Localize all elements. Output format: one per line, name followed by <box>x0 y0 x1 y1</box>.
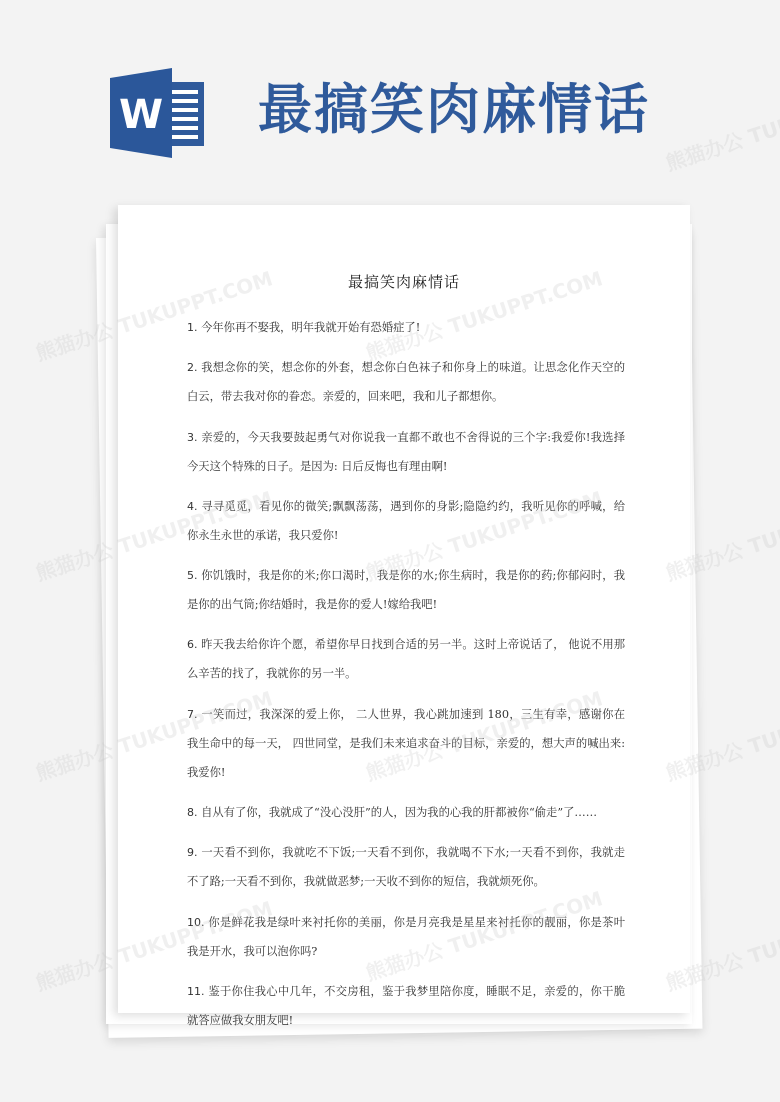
banner: W 最搞笑肉麻情话 <box>0 0 780 190</box>
document-title: 最搞笑肉麻情话 <box>118 271 690 292</box>
banner-title: 最搞笑肉麻情话 <box>258 74 650 146</box>
list-item: 3. 亲爱的，今天我要鼓起勇气对你说我一直都不敢也不舍得说的三个字:我爱你!我选… <box>187 423 625 481</box>
list-item: 2. 我想念你的笑，想念你的外套，想念你白色袜子和你身上的味道。让思念化作天空的… <box>187 353 625 411</box>
list-item: 4. 寻寻觅觅，看见你的微笑;飘飘荡荡，遇到你的身影;隐隐约约，我听见你的呼喊，… <box>187 492 625 550</box>
list-item: 5. 你饥饿时，我是你的米;你口渴时，我是你的水;你生病时，我是你的药;你郁闷时… <box>187 561 625 619</box>
list-item: 11. 鉴于你住我心中几年，不交房租，鉴于我梦里陪你度，睡眠不足，亲爱的，你干脆… <box>187 977 625 1035</box>
svg-text:W: W <box>119 92 163 138</box>
list-item: 8. 自从有了你，我就成了“没心没肝”的人，因为我的心我的肝都被你“偷走”了…… <box>187 798 625 827</box>
document-body: 1. 今年你再不娶我，明年我就开始有恐婚症了! 2. 我想念你的笑，想念你的外套… <box>187 313 625 1042</box>
list-item: 1. 今年你再不娶我，明年我就开始有恐婚症了! <box>187 313 625 342</box>
word-document-icon: W <box>108 68 208 158</box>
list-item: 7. 一笑而过，我深深的爱上你， 二人世界，我心跳加速到 180，三生有幸，感谢… <box>187 700 625 787</box>
document-page: 最搞笑肉麻情话 1. 今年你再不娶我，明年我就开始有恐婚症了! 2. 我想念你的… <box>118 205 690 1013</box>
list-item: 6. 昨天我去给你许个愿，希望你早日找到合适的另一半。这时上帝说话了， 他说不用… <box>187 630 625 688</box>
list-item: 9. 一天看不到你，我就吃不下饭;一天看不到你，我就喝不下水;一天看不到你，我就… <box>187 838 625 896</box>
list-item: 10. 你是鲜花我是绿叶来衬托你的美丽，你是月亮我是星星来衬托你的靓丽，你是茶叶… <box>187 908 625 966</box>
